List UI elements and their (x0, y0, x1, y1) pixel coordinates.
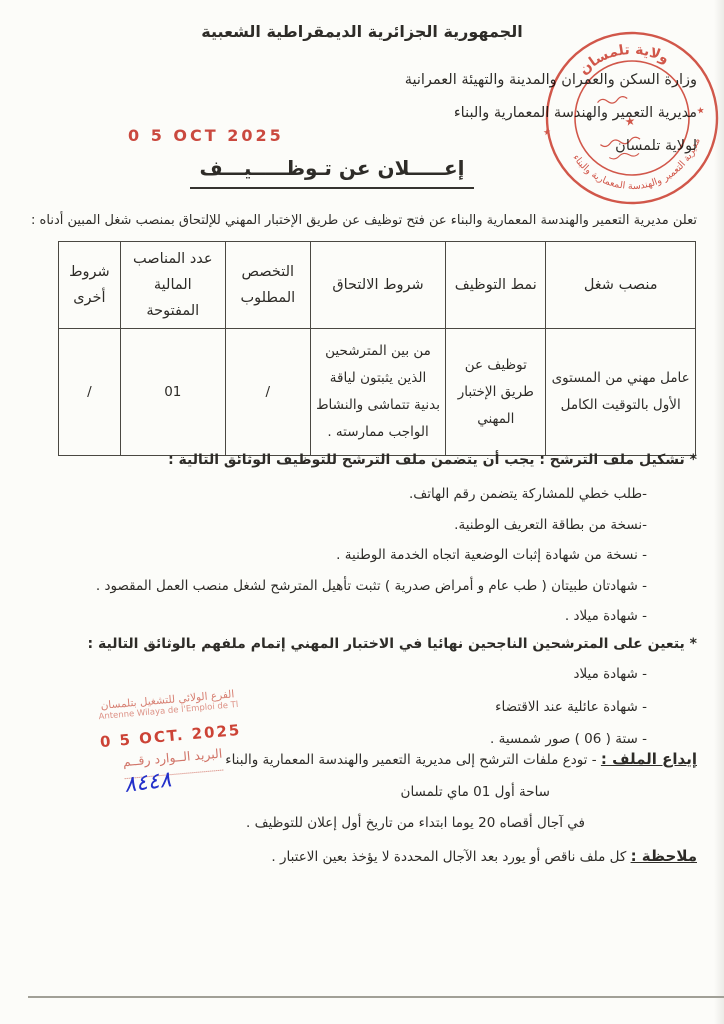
note-text: كل ملف ناقص أو يورد بعد الآجال المحددة ل… (271, 849, 626, 865)
ministry-block: وزارة السكن والعمران والمدينة والتهيئة ا… (405, 64, 697, 163)
cell-specialty: / (225, 329, 310, 456)
col-header-specialty: التخصص المطلوب (225, 242, 310, 329)
col-header-position: منصب شغل (546, 242, 696, 329)
receipt-date-stamp: 0 5 OCT. 2025 (78, 719, 264, 753)
col-header-open-posts: عدد المناصب المالية المفتوحة (120, 242, 225, 329)
scanned-document-page: الجمهورية الجزائرية الديمقراطية الشعبية … (0, 0, 724, 1024)
col-header-conditions: شروط الالتحاق (310, 242, 445, 329)
candidacy-file-heading: * تشكيل ملف الترشح : يجب أن يتضمن ملف ال… (168, 452, 697, 468)
list-item: -نسخة من بطاقة التعريف الوطنية. (20, 510, 647, 541)
table-row: عامل مهني من المستوى الأول بالتوقيت الكا… (59, 329, 696, 456)
col-header-recruitment-mode: نمط التوظيف (446, 242, 546, 329)
list-item: - شهادتان طبيتان ( طب عام و أمراض صدرية … (20, 571, 647, 602)
list-item: -طلب خطي للمشاركة يتضمن رقم الهاتف. (20, 479, 647, 510)
cell-conditions: من بين المترشحين الذين يثبتون لياقة بدني… (310, 329, 445, 456)
list-item: - نسخة من شهادة إثبات الوضعية اتجاه الخد… (20, 540, 647, 571)
job-table: منصب شغل نمط التوظيف شروط الالتحاق التخص… (58, 241, 696, 456)
candidacy-file-list: -طلب خطي للمشاركة يتضمن رقم الهاتف. -نسخ… (20, 479, 647, 632)
list-item: - شهادة ميلاد . (20, 601, 647, 632)
announcement-title-wrap: إعـــــلان عن تـوظـــــيـــف (0, 156, 724, 189)
star-icon: ★ (696, 106, 705, 117)
scan-edge-line (28, 996, 724, 998)
table-header-row: منصب شغل نمط التوظيف شروط الالتحاق التخص… (59, 242, 696, 329)
deposit-address: ساحة أول 01 ماي تلمسان (401, 784, 550, 800)
final-file-heading: * يتعين على المترشحين الناجحين نهائيا في… (88, 636, 697, 652)
cell-recruitment-mode: توظيف عن طريق الإختبار المهني (446, 329, 546, 456)
ministry-line-2: مديرية التعمير والهندسة المعمارية والبنا… (405, 97, 697, 130)
cell-position: عامل مهني من المستوى الأول بالتوقيت الكا… (546, 329, 696, 456)
red-date-stamp: 0 5 OCT 2025 (128, 126, 284, 145)
cell-other: / (59, 329, 121, 456)
note-line: ملاحظة : كل ملف ناقص أو يورد بعد الآجال … (271, 847, 697, 865)
deposit-deadline: في آجال أقصاه 20 يوما ابتداء من تاريخ أو… (246, 815, 585, 831)
ministry-line-1: وزارة السكن والعمران والمدينة والتهيئة ا… (405, 64, 697, 97)
deposit-label: إيداع الملف : (601, 750, 697, 768)
intro-paragraph: تعلن مديرية التعمير والهندسة المعمارية و… (10, 213, 697, 228)
handwritten-number: ٨٤٤٨ (123, 767, 173, 798)
announcement-title: إعـــــلان عن تـوظـــــيـــف (190, 156, 475, 189)
note-label: ملاحظة : (631, 847, 697, 865)
republic-title: الجمهورية الجزائرية الديمقراطية الشعبية (0, 22, 724, 41)
list-item: - شهادة ميلاد (20, 658, 647, 691)
cell-open-posts: 01 (120, 329, 225, 456)
receipt-stamp: الفرع الولائي للتشغيل بتلمسان Antenne Wi… (75, 686, 266, 783)
scan-edge-shade (714, 0, 724, 1024)
col-header-other: شروط أخرى (59, 242, 121, 329)
deposit-text: - تودع ملفات الترشح إلى مديرية التعمير و… (225, 752, 596, 768)
deposit-line: إيداع الملف : - تودع ملفات الترشح إلى مد… (225, 750, 697, 768)
